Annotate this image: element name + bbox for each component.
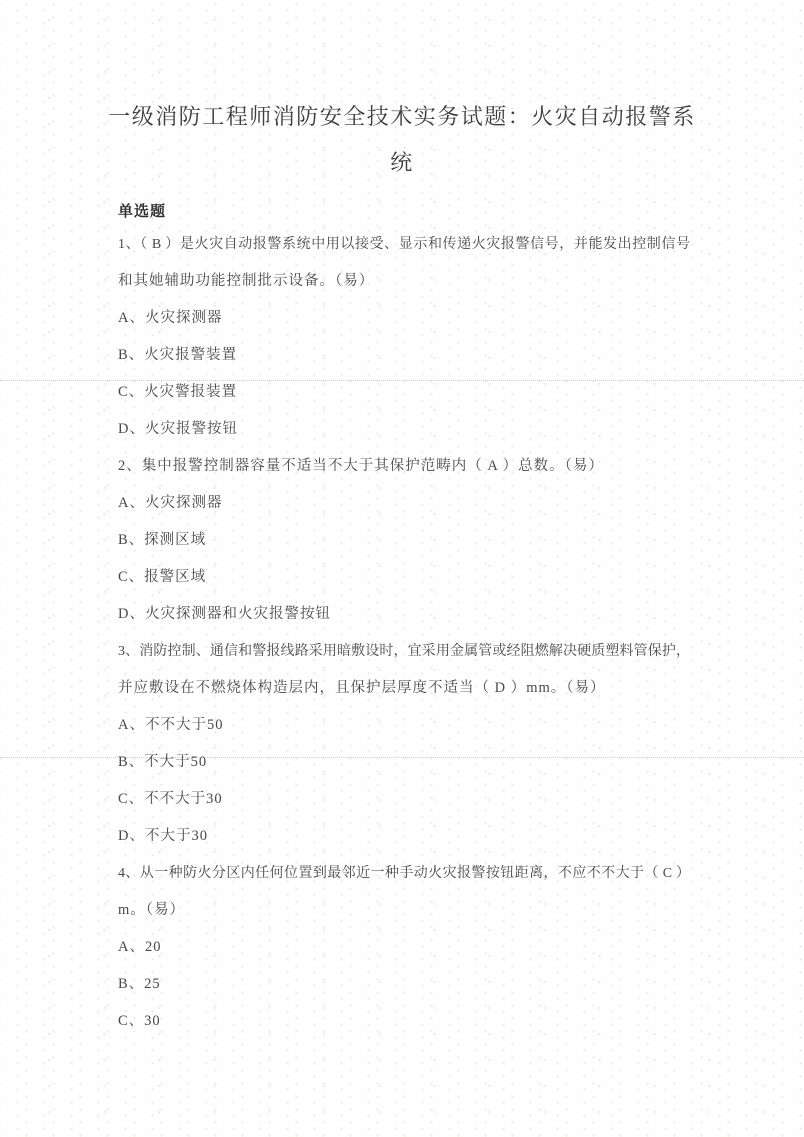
option-line: B、不大于50 <box>118 744 690 781</box>
option-line: C、火灾警报装置 <box>118 374 690 411</box>
question-block-4: 4、从一种防火分区内任何位置到最邻近一种手动火灾报警按钮距离，不应不不大于（ C… <box>118 855 690 1040</box>
question-stem-line: 1、（ B ）是火灾自动报警系统中用以接受、显示和传递火灾报警信号，并能发出控制… <box>118 226 690 263</box>
page-title: 一级消防工程师消防安全技术实务试题：火灾自动报警系 统 <box>0 0 804 186</box>
document-page: 一级消防工程师消防安全技术实务试题：火灾自动报警系 统 单选题 1、（ B ）是… <box>0 0 804 1137</box>
option-line: B、25 <box>118 966 690 1003</box>
question-stem-line: 和其她辅助功能控制批示设备。（易） <box>118 263 690 300</box>
option-line: D、不大于30 <box>118 818 690 855</box>
question-stem-line: 2、集中报警控制器容量不适当不大于其保护范畴内（ A ）总数。（易） <box>118 448 690 485</box>
page-title-line-1: 一级消防工程师消防安全技术实务试题：火灾自动报警系 <box>0 94 804 140</box>
option-line: B、火灾报警装置 <box>118 337 690 374</box>
option-line: C、不不大于30 <box>118 781 690 818</box>
page-title-line-2: 统 <box>0 140 804 186</box>
option-line: D、火灾探测器和火灾报警按钮 <box>118 596 690 633</box>
option-line: A、不不大于50 <box>118 707 690 744</box>
option-line: A、火灾探测器 <box>118 300 690 337</box>
option-line: A、火灾探测器 <box>118 485 690 522</box>
question-list: 1、（ B ）是火灾自动报警系统中用以接受、显示和传递火灾报警信号，并能发出控制… <box>118 226 690 1040</box>
option-line: A、20 <box>118 929 690 966</box>
question-stem-line: 并应敷设在不燃烧体构造层内，且保护层厚度不适当（ D ）mm。（易） <box>118 670 690 707</box>
page-inner: 一级消防工程师消防安全技术实务试题：火灾自动报警系 统 单选题 1、（ B ）是… <box>0 0 804 1040</box>
option-line: C、30 <box>118 1003 690 1040</box>
question-stem-line: 3、消防控制、通信和警报线路采用暗敷设时，宜采用金属管或经阻燃解决硬质塑料管保护… <box>118 633 690 670</box>
option-line: C、报警区域 <box>118 559 690 596</box>
question-block-3: 3、消防控制、通信和警报线路采用暗敷设时，宜采用金属管或经阻燃解决硬质塑料管保护… <box>118 633 690 855</box>
option-line: B、探测区域 <box>118 522 690 559</box>
question-block-1: 1、（ B ）是火灾自动报警系统中用以接受、显示和传递火灾报警信号，并能发出控制… <box>118 226 690 448</box>
question-stem-line: m。（易） <box>118 892 690 929</box>
option-line: D、火灾报警按钮 <box>118 411 690 448</box>
section-heading: 单选题 <box>118 200 690 224</box>
question-stem-line: 4、从一种防火分区内任何位置到最邻近一种手动火灾报警按钮距离，不应不不大于（ C… <box>118 855 690 892</box>
document-content: 单选题 1、（ B ）是火灾自动报警系统中用以接受、显示和传递火灾报警信号，并能… <box>0 200 804 1040</box>
question-block-2: 2、集中报警控制器容量不适当不大于其保护范畴内（ A ）总数。（易） A、火灾探… <box>118 448 690 633</box>
